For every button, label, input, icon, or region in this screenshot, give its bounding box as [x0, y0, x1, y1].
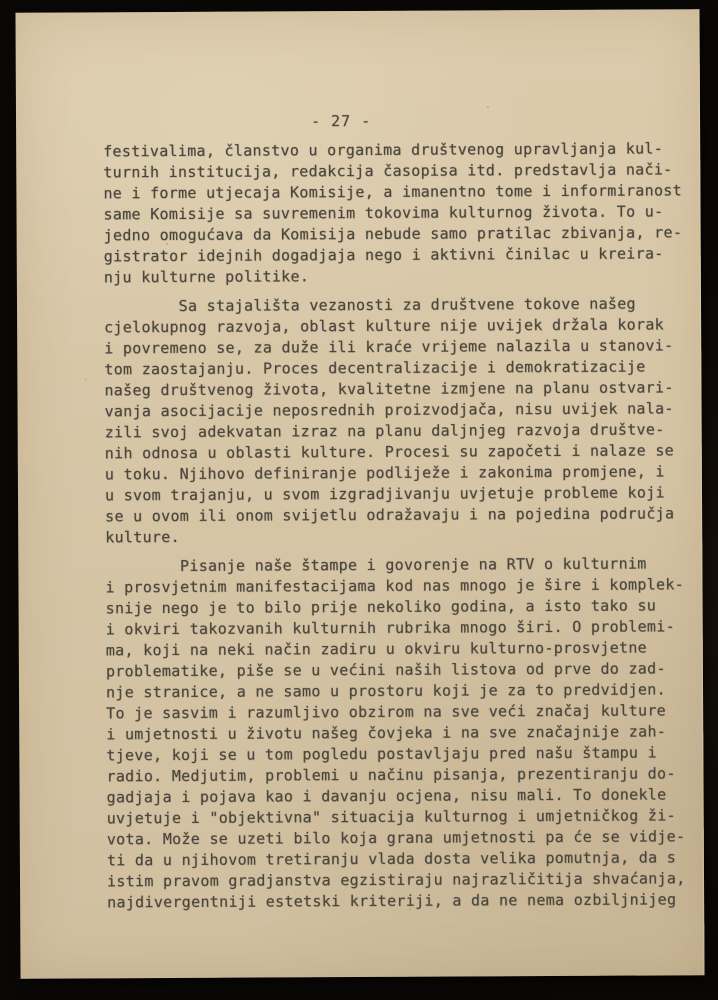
text-line: vota. Može se uzeti bilo koja grana umje… [107, 826, 682, 850]
text-line: ma, koji na neki način zadiru u okviru k… [106, 637, 681, 661]
paragraph: Sa stajališta vezanosti za društvene tok… [104, 293, 680, 548]
text-line: radio. Medjutim, problemi u načinu pisan… [106, 763, 681, 787]
text-line: nju kulturne politike. [104, 264, 679, 288]
text-line: i umjetnosti u životu našeg čovjeka i na… [106, 721, 681, 745]
text-line: istim pravom gradjanstva egzistiraju naj… [107, 868, 682, 892]
page-number: - 27 - [311, 111, 371, 132]
text-line: same Komisije sa suvremenim tokovima kul… [103, 201, 678, 225]
text-line: ne i forme utjecaja Komisije, a imanentn… [103, 180, 678, 204]
text-line: festivalima, članstvo u organima društve… [103, 138, 678, 162]
scan-background: - 27 - festivalima, članstvo u organima … [0, 0, 718, 1000]
text-line: turnih institucija, redakcija časopisa i… [103, 159, 678, 183]
paragraph: festivalima, članstvo u organima društve… [103, 138, 679, 288]
text-line: nih odnosa u oblasti kulture. Procesi su… [105, 440, 680, 464]
text-line: gistrator idejnih dogadjaja nego i aktiv… [104, 243, 679, 267]
paragraph: Pisanje naše štampe i govorenje na RTV o… [105, 553, 682, 913]
text-line: problematike, piše se u većini naših lis… [106, 658, 681, 682]
text-line: snije nego je to bilo prije nekoliko god… [106, 595, 681, 619]
text-line: u svom trajanju, u svom izgradjivanju uv… [105, 482, 680, 506]
document-page: - 27 - festivalima, članstvo u organima … [15, 9, 704, 979]
text-line: uvjetuje i "objektivna" situacija kultur… [107, 805, 682, 829]
text-line: najdivergentniji estetski kriteriji, a d… [107, 889, 682, 913]
text-line: i prosvjetnim manifestacijama kod nas mn… [105, 574, 680, 598]
text-line: Pisanje naše štampe i govorenje na RTV o… [105, 553, 680, 577]
text-line: gadjaja i pojava kao i davanju ocjena, n… [107, 784, 682, 808]
text-line: ti da u njihovom tretiranju vlada dosta … [107, 847, 682, 871]
text-line: i povremeno se, za duže ili kraće vrijem… [104, 335, 679, 359]
text-line: To je sasvim i razumljivo obzirom na sve… [106, 700, 681, 724]
text-line: i okviri takozvanih kulturnih rubrika mn… [106, 616, 681, 640]
text-line: našeg društvenog života, kvalitetne izmj… [104, 377, 679, 401]
text-line: kulture. [105, 524, 680, 548]
text-line: u toku. Njihovo definiranje podliježe i … [105, 461, 680, 485]
text-line: nje stranice, a ne samo u prostoru koji … [106, 679, 681, 703]
text-block: festivalima, članstvo u organima društve… [103, 138, 682, 913]
text-line: vanja asocijacije neposrednih proizvodja… [105, 398, 680, 422]
text-line: tjeve, koji se u tom pogledu postavljaju… [106, 742, 681, 766]
text-line: tom zaostajanju. Proces decentralizacije… [104, 356, 679, 380]
text-line: zili svoj adekvatan izraz na planu daljn… [105, 419, 680, 443]
text-line: jedno omogućava da Komisija nebude samo … [104, 222, 679, 246]
text-line: Sa stajališta vezanosti za društvene tok… [104, 293, 679, 317]
text-line: se u ovom ili onom svijetlu odražavaju i… [105, 503, 680, 527]
text-line: cjelokupnog razvoja, oblast kulture nije… [104, 314, 679, 338]
